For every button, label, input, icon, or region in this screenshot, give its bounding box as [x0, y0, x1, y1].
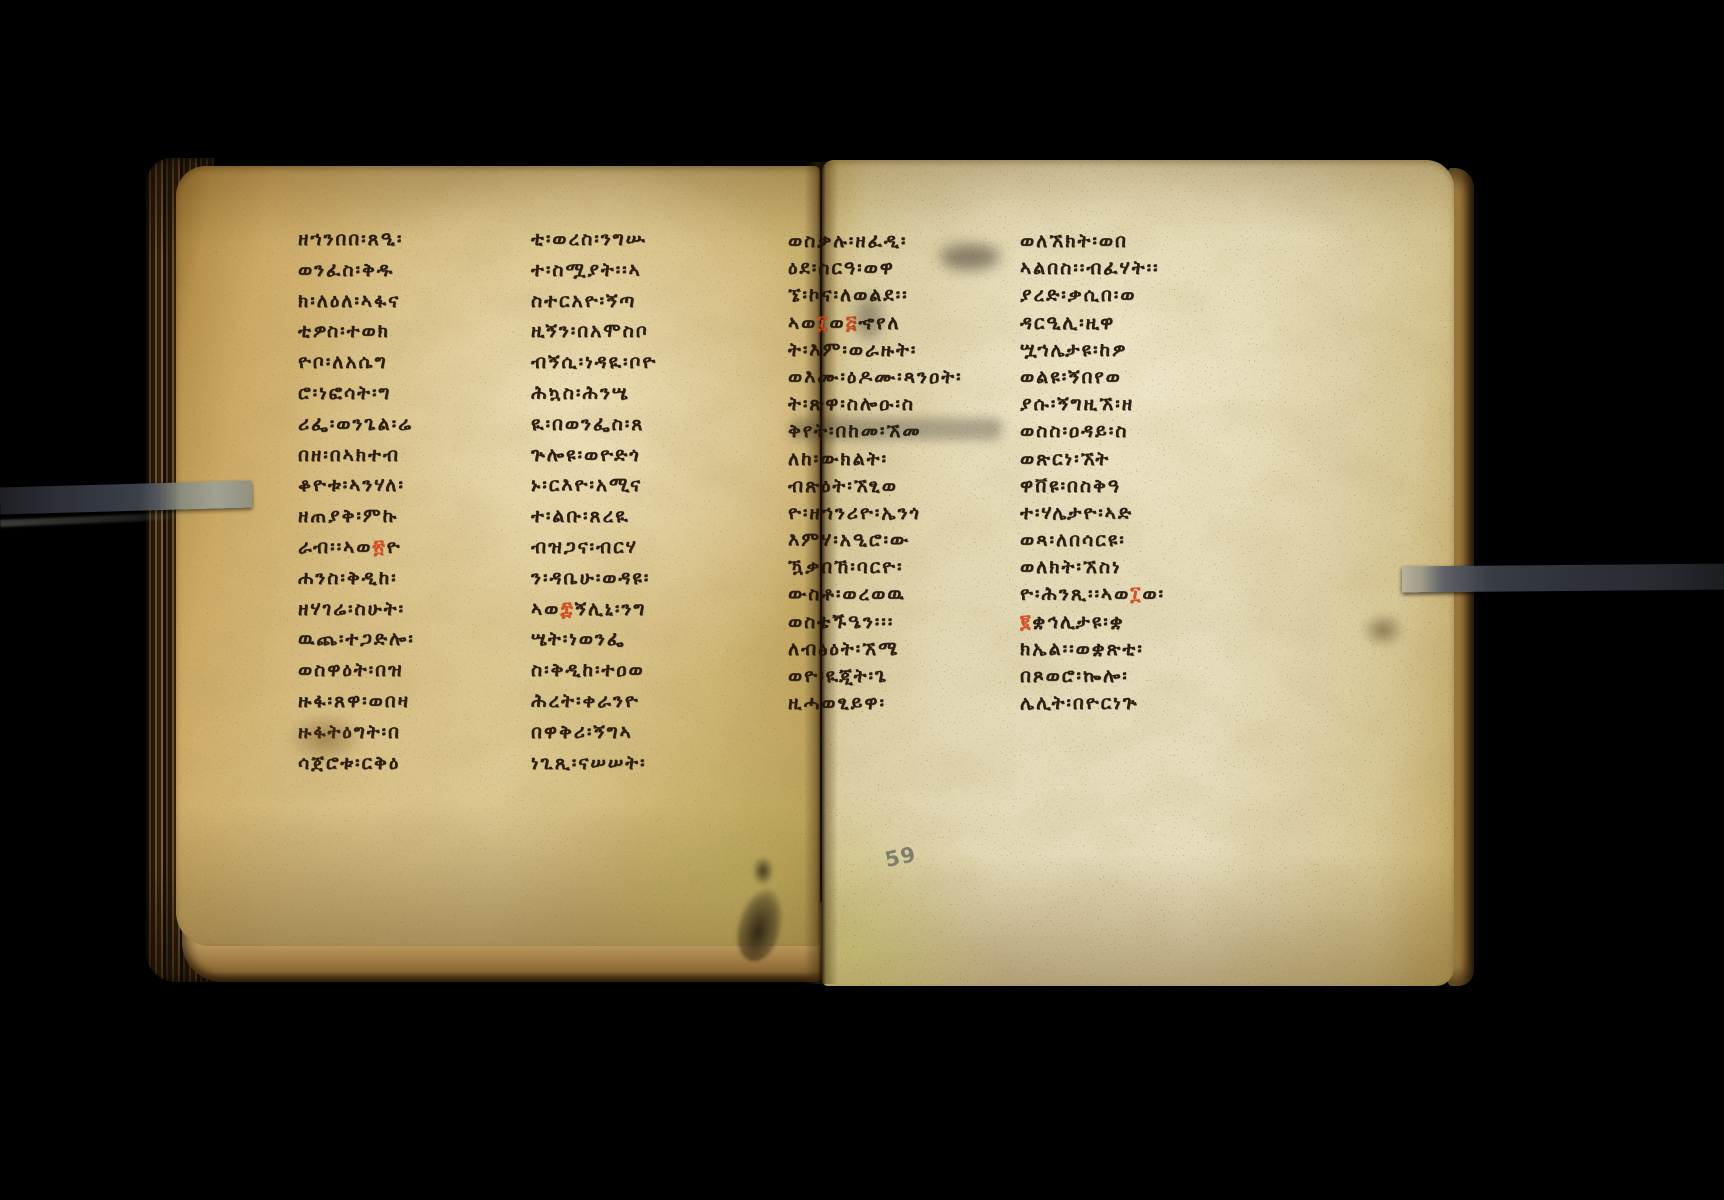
text-segment: ኣወ	[531, 598, 560, 620]
text-column-left-page-1: ዘኀንበበ፡ጸዒ፡ወንፈስ፡ቅዱክ፡ለዕለ፡ኣፋናቲዎስ፡ተወክዮቦ፡ለአሴግሮ…	[298, 224, 520, 778]
text-segment: ዮቦ፡ለአሴግ	[298, 351, 388, 373]
text-segment: ዘሃገሬ፡ስሁት፡	[298, 598, 405, 620]
text-segment: ክኤል፡፡ወቋጽቲ፡	[1020, 638, 1144, 660]
text-line: ሳጀሮቱ፡ርቅዕ	[298, 748, 520, 779]
text-line: ወለክት፡ኧስነ	[1020, 554, 1238, 581]
text-line: ን፡ዳቤሁ፡ወዳዩ፡	[531, 563, 757, 594]
text-line: ወስዋዕት፡በዝ	[298, 655, 520, 686]
text-line: ኣወ፰ኝሊኒ፡ንግ	[531, 594, 757, 625]
text-line: ዕደ፡ስርዓ፡ወዋ	[788, 255, 1010, 282]
text-segment: ተ፡ስሟያት፡፡ኣ	[531, 259, 642, 281]
text-line: ዮቦ፡ለአሴግ	[298, 347, 520, 378]
text-line: ተ፡ልቡ፡ጸረዪ	[531, 501, 757, 532]
text-line: ለከ፡ውክልት፡	[788, 446, 1010, 473]
text-segment: ዘኀንበበ፡ጸዒ፡	[298, 228, 403, 250]
text-line: ት፡ጽዋ፡ስሎዑ፡ስ	[788, 391, 1010, 418]
text-line: ወስቴጙዔን፡፡፡	[788, 609, 1010, 636]
text-segment: ሕረት፡ቀራንዮ	[531, 690, 640, 712]
text-line: ያሱ፡ኝግዚኧ፡ዘ	[1020, 391, 1238, 418]
rubric-red-character: ፲	[817, 312, 829, 334]
text-segment: ሐንስ፡ቅዲከ፡	[298, 567, 398, 589]
text-line: ለብፅዕት፡ኧሜ	[788, 636, 1010, 663]
text-line: ብኝሲ፡ነዳዪ፡ቦዮ	[531, 347, 757, 378]
text-segment: ት፡ጽዋ፡ስሎዑ፡ስ	[788, 393, 915, 415]
text-segment: ያረድ፡ቃሲበ፡ወ	[1020, 284, 1136, 306]
text-line: ወዮ፡ዪጂት፡ጌ	[788, 663, 1010, 690]
text-line: ወእሙ፡ዕዶሙ፡ጻንዐት፡	[788, 364, 1010, 391]
text-segment: ዪ፡በወንፌስ፡ጸ	[531, 413, 644, 435]
rubric-red-character: ፲	[1130, 583, 1142, 605]
text-segment: ኆየለ	[858, 312, 900, 334]
text-line: ክ፡ለዕለ፡ኣፋና	[298, 286, 520, 317]
text-line: ሧኀሌታዩ፡ከዎ	[1020, 337, 1238, 364]
text-line: ወልዩ፡ኝበየወ	[1020, 364, 1238, 391]
text-segment: ሳጀሮቱ፡ርቅዕ	[298, 752, 400, 774]
text-segment: ያሱ፡ኝግዚኧ፡ዘ	[1020, 393, 1134, 415]
text-segment: ዮ	[387, 536, 402, 558]
text-line: ወንፈስ፡ቅዱ	[298, 255, 520, 286]
text-segment: ተ፡ልቡ፡ጸረዪ	[531, 505, 630, 527]
text-line: ተ፡ስሟያት፡፡ኣ	[531, 255, 757, 286]
text-segment: ሧኀሌታዩ፡ከዎ	[1020, 339, 1127, 361]
text-segment: ዙፋትዕግት፡በ	[298, 721, 401, 743]
text-line: ቅየት፡በከመ፡ኧመ	[788, 418, 1010, 445]
rubric-red-character: ፰	[560, 598, 574, 620]
text-segment: ዚኝን፡በአሞስቦ	[531, 320, 649, 342]
text-segment: ወንፈስ፡ቅዱ	[298, 259, 394, 281]
text-segment: ኝሊኒ፡ንግ	[575, 598, 647, 620]
text-segment: ውስቶ፡ወረወዉ	[788, 583, 906, 605]
text-line: ዙፋትዕግት፡በ	[298, 717, 520, 748]
text-segment: ስ፡ቅዲከ፡ተዐወ	[531, 659, 645, 681]
rubric-red-character: ፳	[372, 536, 386, 558]
text-line: ስተርአዮ፡ኝጣ	[531, 286, 757, 317]
text-line: ሮ፡ነፎሳት፡ግ	[298, 378, 520, 409]
text-line: ሕኳስ፡ሕንሤ	[531, 378, 757, 409]
text-segment: ጕሎዩ፡ወዮድጎ	[531, 444, 641, 466]
text-line: ዚኝን፡በአሞስቦ	[531, 316, 757, 347]
text-line: እምሃ፡አዒሮ፡ው	[788, 527, 1010, 554]
text-line: በጾወሮ፡ኰሎ፡	[1020, 663, 1238, 690]
text-line: ሐንስ፡ቅዲከ፡	[298, 563, 520, 594]
text-segment: ስተርአዮ፡ኝጣ	[531, 290, 636, 312]
text-line: ዋቨዩ፡በስቅዓ	[1020, 473, 1238, 500]
text-line: ዃቃበኸ፡ባርዮ፡	[788, 554, 1010, 581]
text-line: ያረድ፡ቃሲበ፡ወ	[1020, 282, 1238, 309]
text-line: ት፡እም፡ወራዙት፡	[788, 337, 1010, 364]
text-segment: ኣወ	[788, 312, 817, 334]
text-segment: ወለክት፡ኧስነ	[1020, 556, 1122, 578]
text-line: ቲ፡ወረስ፡ንግሡ	[531, 224, 757, 255]
text-segment: ብኝሲ፡ነዳዪ፡ቦዮ	[531, 351, 657, 373]
text-line: ሤት፡ነወንፌ	[531, 624, 757, 655]
text-segment: እምሃ፡አዒሮ፡ው	[788, 529, 910, 551]
text-segment: ዙፋ፡ጸዋ፡ወበዛ	[298, 690, 410, 712]
text-line: ፪ቋኅሊታዩ፡ቋ	[1020, 609, 1238, 636]
text-line: ዉጨ፡ተጋድሎ፡	[298, 624, 520, 655]
text-segment: ቲ፡ወረስ፡ንግሡ	[531, 228, 647, 250]
text-segment: ወዮ፡ዪጂት፡ጌ	[788, 665, 888, 687]
text-segment: ዮ፡ሕንጺ፡፡ኣወ	[1020, 583, 1130, 605]
text-line: ውስቶ፡ወረወዉ	[788, 581, 1010, 608]
text-segment: ብዝጋና፡ብርሃ	[531, 536, 638, 558]
text-line: ሕረት፡ቀራንዮ	[531, 686, 757, 717]
text-segment: ቆዮቱ፡ኣንሃለ፡	[298, 474, 405, 496]
text-segment: ቲዎስ፡ተወክ	[298, 320, 390, 342]
text-segment: ሌሊት፡በዮርነጕ	[1020, 692, 1139, 714]
text-segment: ሤት፡ነወንፌ	[531, 628, 625, 650]
text-segment: ወእሙ፡ዕዶሙ፡ጻንዐት፡	[788, 366, 963, 388]
text-segment: ለከ፡ውክልት፡	[788, 448, 888, 470]
text-line: ወጽርነ፡ኧት	[1020, 446, 1238, 473]
text-segment: ዋቨዩ፡በስቅዓ	[1020, 475, 1121, 497]
rubric-red-character: ፭	[846, 312, 859, 334]
text-segment: ወስቃሉ፡ዘፈዲ፡	[788, 230, 907, 252]
text-column-left-page-2: ቲ፡ወረስ፡ንግሡተ፡ስሟያት፡፡ኣስተርአዮ፡ኝጣዚኝን፡በአሞስቦብኝሲ፡ነ…	[531, 224, 757, 778]
text-line: ዘኀንበበ፡ጸዒ፡	[298, 224, 520, 255]
text-segment: ወ፡	[1142, 583, 1165, 605]
text-line: ስ፡ቅዲከ፡ተዐወ	[531, 655, 757, 686]
text-line: ጕሎዩ፡ወዮድጎ	[531, 440, 757, 471]
text-segment: ት፡እም፡ወራዙት፡	[788, 339, 917, 361]
text-segment: ሪፌ፡ወንጌል፡ሬ	[298, 413, 413, 435]
text-line: ተ፡ሃሌታዮ፡ኣድ	[1020, 500, 1238, 527]
text-segment: ዮ፡ዘኀንሪዮ፡ኤንጎ	[788, 502, 921, 524]
manuscript-photograph: ዘኀንበበ፡ጸዒ፡ወንፈስ፡ቅዱክ፡ለዕለ፡ኣፋናቲዎስ፡ተወክዮቦ፡ለአሴግሮ…	[0, 0, 1724, 1200]
text-line: ዮ፡ዘኀንሪዮ፡ኤንጎ	[788, 500, 1010, 527]
text-segment: ወ	[829, 312, 845, 334]
text-segment: ብጽዕት፡ኧፂወ	[788, 475, 898, 497]
text-segment: በጾወሮ፡ኰሎ፡	[1020, 665, 1129, 687]
text-line: ሪፌ፡ወንጌል፡ሬ	[298, 409, 520, 440]
text-line: ራብ፡፡ኣወ፳ዮ	[298, 532, 520, 563]
text-segment: ዕደ፡ስርዓ፡ወዋ	[788, 257, 895, 279]
text-line: ብጽዕት፡ኧፂወ	[788, 473, 1010, 500]
text-segment: ክ፡ለዕለ፡ኣፋና	[298, 290, 400, 312]
text-line: ዘጠያቅ፡ምኩ	[298, 501, 520, 532]
text-segment: ሕኳስ፡ሕንሤ	[531, 382, 630, 404]
text-column-right-page-2: ወለኧክት፡ወበኣልበስ፡፡ብፈሃት፡፡ያረድ፡ቃሲበ፡ወዳርዒሊ፡ዚዋሧኀሌታ…	[1020, 228, 1238, 717]
text-line: ወጻ፡ለበሳርዩ፡	[1020, 527, 1238, 554]
text-line: ኣልበስ፡፡ብፈሃት፡፡	[1020, 255, 1238, 282]
rubric-red-character: ፪	[1020, 611, 1032, 633]
text-segment: ወስቴጙዔን፡፡፡	[788, 611, 894, 633]
text-segment: ተ፡ሃሌታዮ፡ኣድ	[1020, 502, 1133, 524]
text-line: ክኤል፡፡ወቋጽቲ፡	[1020, 636, 1238, 663]
text-segment: ነጊጺ፡ናሠሠት፡	[531, 752, 647, 774]
text-segment: በዋቅሪ፡ኝግኣ	[531, 721, 633, 743]
text-line: ወስስ፡ዐዳይ፡ስ	[1020, 418, 1238, 445]
text-segment: ራብ፡፡ኣወ	[298, 536, 372, 558]
text-line: ዮ፡ሕንጺ፡፡ኣወ፲ወ፡	[1020, 581, 1238, 608]
text-segment: ወስስ፡ዐዳይ፡ስ	[1020, 420, 1128, 442]
text-line: ቆዮቱ፡ኣንሃለ፡	[298, 470, 520, 501]
text-segment: ኣልበስ፡፡ብፈሃት፡፡	[1020, 257, 1160, 279]
text-line: ብዝጋና፡ብርሃ	[531, 532, 757, 563]
text-line: ዪ፡በወንፌስ፡ጸ	[531, 409, 757, 440]
text-line: ሌሊት፡በዮርነጕ	[1020, 690, 1238, 717]
text-segment: ሮ፡ነፎሳት፡ግ	[298, 382, 391, 404]
text-line: ነጊጺ፡ናሠሠት፡	[531, 748, 757, 779]
text-segment: ወስዋዕት፡በዝ	[298, 659, 404, 681]
text-segment: ቅየት፡በከመ፡ኧመ	[788, 420, 922, 442]
text-segment: ዉጨ፡ተጋድሎ፡	[298, 628, 415, 650]
text-segment: ወጽርነ፡ኧት	[1020, 448, 1110, 470]
text-line: ወለኧክት፡ወበ	[1020, 228, 1238, 255]
text-line: ኜ፡ኮና፡ለወልደ፡፡	[788, 282, 1010, 309]
text-segment: ወልዩ፡ኝበየወ	[1020, 366, 1122, 388]
text-segment: ዃቃበኸ፡ባርዮ፡	[788, 556, 903, 578]
text-segment: ለብፅዕት፡ኧሜ	[788, 638, 899, 660]
text-line: ዳርዒሊ፡ዚዋ	[1020, 310, 1238, 337]
text-segment: ዚሓወፂይዋ፡	[788, 692, 886, 714]
text-segment: ን፡ዳቤሁ፡ወዳዩ፡	[531, 567, 650, 589]
text-segment: ኑ፡ርእዮ፡አሚና	[531, 474, 642, 496]
text-line: ዙፋ፡ጸዋ፡ወበዛ	[298, 686, 520, 717]
text-line: በዋቅሪ፡ኝግኣ	[531, 717, 757, 748]
text-segment: ኜ፡ኮና፡ለወልደ፡፡	[788, 284, 909, 306]
text-segment: ወለኧክት፡ወበ	[1020, 230, 1128, 252]
text-line: በዘ፡በኣክተብ	[298, 440, 520, 471]
text-segment: ዘጠያቅ፡ምኩ	[298, 505, 398, 527]
text-segment: ዳርዒሊ፡ዚዋ	[1020, 312, 1115, 334]
text-line: ኣወ፲ወ፭ኆየለ	[788, 310, 1010, 337]
text-segment: በዘ፡በኣክተብ	[298, 444, 400, 466]
text-segment: ወጻ፡ለበሳርዩ፡	[1020, 529, 1126, 551]
text-segment: ቋኅሊታዩ፡ቋ	[1032, 611, 1124, 633]
text-line: ቲዎስ፡ተወክ	[298, 316, 520, 347]
text-line: ዘሃገሬ፡ስሁት፡	[298, 594, 520, 625]
text-line: ዚሓወፂይዋ፡	[788, 690, 1010, 717]
text-column-right-page-1: ወስቃሉ፡ዘፈዲ፡ዕደ፡ስርዓ፡ወዋኜ፡ኮና፡ለወልደ፡፡ኣወ፲ወ፭ኆየለት፡እ…	[788, 228, 1010, 717]
text-line: ኑ፡ርእዮ፡አሚና	[531, 470, 757, 501]
text-line: ወስቃሉ፡ዘፈዲ፡	[788, 228, 1010, 255]
